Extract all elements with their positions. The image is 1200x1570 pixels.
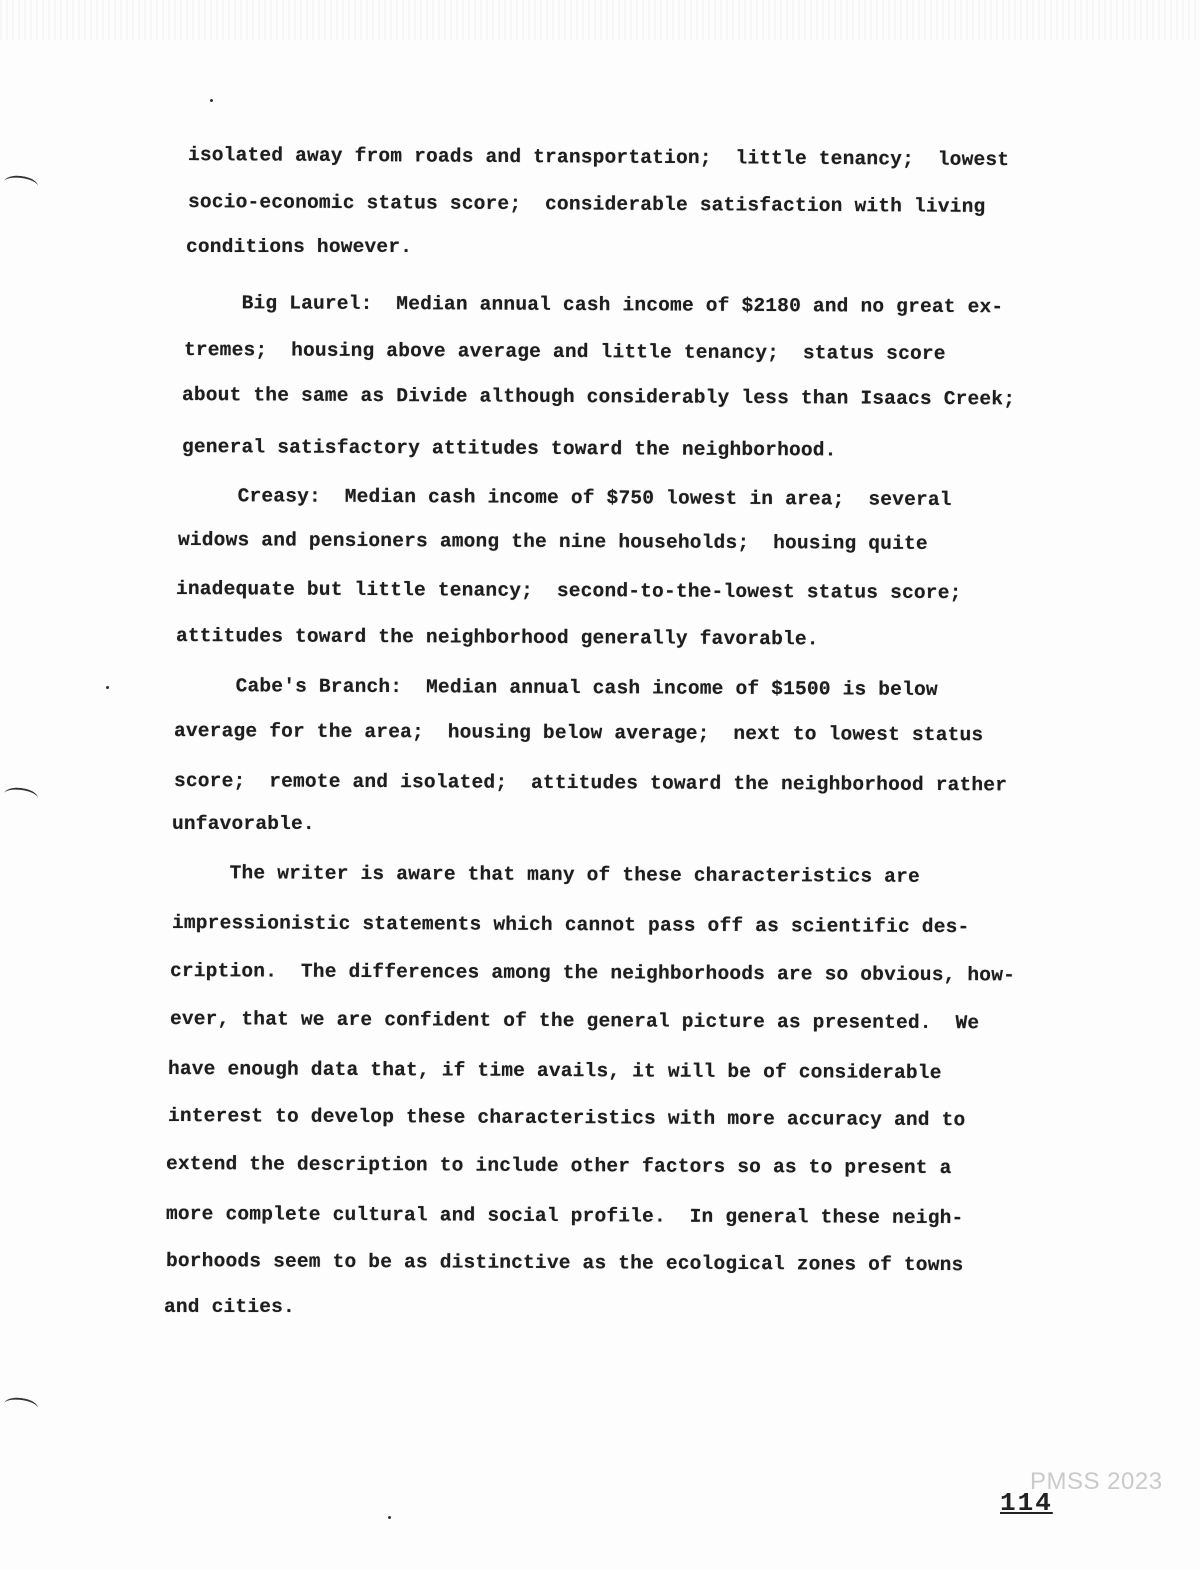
text-line: score; remote and isolated; attitudes to… [174,772,1007,796]
text-line: more complete cultural and social profil… [166,1205,964,1229]
text-line: widows and pensioners among the nine hou… [178,531,928,554]
text-line: tremes; housing above average and little… [184,341,946,364]
text-line: extend the description to include other … [166,1155,952,1179]
text-line: attitudes toward the neighborhood genera… [176,627,819,650]
text-line: borhoods seem to be as distinctive as th… [166,1252,964,1276]
punch-hole-mark [3,174,39,195]
text-line: interest to develop these characteristic… [168,1107,966,1131]
scan-noise [0,0,1200,40]
text-line: have enough data that, if time avails, i… [168,1060,942,1084]
text-line: conditions however. [186,238,412,258]
text-line: Creasy: Median cash income of $750 lowes… [190,487,952,510]
document-page: isolated away from roads and transportat… [0,0,1200,1570]
scan-speck [106,686,109,689]
text-line: cription. The differences among the neig… [170,962,1015,986]
text-line: average for the area; housing below aver… [174,722,983,746]
page-number: 114 [1000,1488,1053,1518]
text-line: inadequate but little tenancy; second-to… [176,580,962,604]
text-line: socio-economic status score; considerabl… [188,193,986,217]
scan-speck [210,99,213,102]
scan-speck [388,1516,391,1519]
punch-hole-mark [3,786,39,807]
text-line: The writer is aware that many of these c… [182,864,920,887]
text-line: and cities. [164,1298,295,1318]
text-line: about the same as Divide although consid… [182,386,1015,410]
punch-hole-mark [3,1396,39,1417]
text-line: ever, that we are confident of the gener… [170,1010,979,1034]
text-line: Big Laurel: Median annual cash income of… [194,294,1003,318]
text-line: general satisfactory attitudes toward th… [182,438,837,461]
text-line: unfavorable. [172,815,315,835]
text-line: impressionistic statements which cannot … [172,914,970,938]
text-line: isolated away from roads and transportat… [188,146,1009,171]
text-line: Cabe's Branch: Median annual cash income… [188,677,938,700]
